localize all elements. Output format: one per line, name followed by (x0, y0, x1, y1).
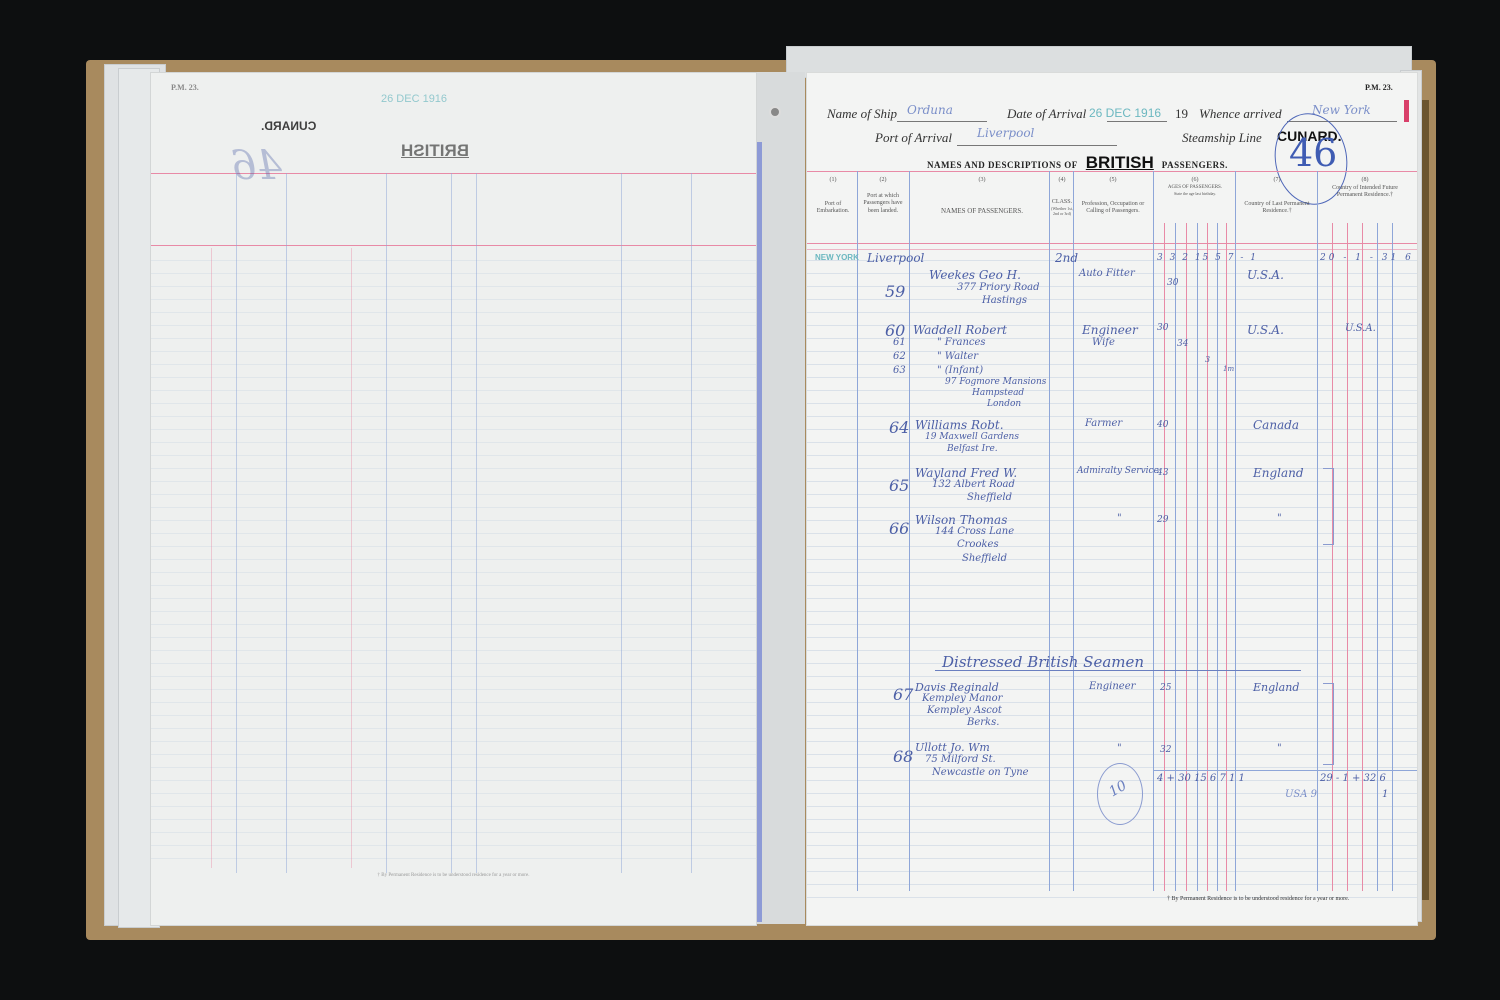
col-num: (6) (1155, 177, 1235, 185)
sheet-number: 46 (1289, 131, 1337, 175)
age-cell: 3 (1157, 253, 1165, 263)
line-number: 67 (893, 685, 913, 704)
name-of-ship-value: Orduna (907, 103, 953, 117)
line-number: 66 (889, 519, 909, 538)
age: 43 (1157, 468, 1168, 478)
occupation: Auto Fitter (1079, 268, 1135, 279)
age: 29 (1157, 515, 1168, 525)
page-title: NAMES AND DESCRIPTIONS OF BRITISH PASSEN… (927, 153, 1228, 173)
future-totals: 29 - 1 + 32 6 (1320, 773, 1386, 784)
steamship-line-label: Steamship Line (1182, 130, 1262, 146)
left-vline-pink (351, 248, 352, 868)
col-label: Port at which Passengers have been lande… (859, 193, 907, 216)
line-number: 68 (893, 747, 913, 766)
passenger-name: Wayland Fred W. (915, 466, 1017, 480)
passenger-name: Weekes Geo H. (929, 268, 1021, 282)
age-cell: 15 (1195, 253, 1210, 263)
col-label: Country of Intended Future Permanent Res… (1319, 185, 1411, 200)
name-of-ship-line (897, 121, 987, 122)
line-number: 65 (889, 476, 909, 495)
entry-row: 63 " (Infant) 1m 97 Fogmore Mansions Ham… (807, 365, 1417, 409)
age: 32 (1160, 745, 1171, 755)
occupation: Engineer (1089, 681, 1135, 692)
col-label: Port of Embarkation. (811, 201, 855, 216)
occupation: " (1117, 513, 1122, 524)
age: 30 (1157, 323, 1168, 333)
left-vline (236, 173, 237, 873)
occupation: Wife (1092, 337, 1115, 348)
occupation: Admiralty Service (1077, 466, 1159, 476)
address-line: London (987, 399, 1021, 409)
last-residence: U.S.A. (1247, 268, 1284, 282)
line-number: 63 (893, 365, 906, 376)
future-residence: U.S.A. (1345, 323, 1376, 334)
left-vline (286, 173, 287, 873)
footnote: † By Permanent Residence is to be unders… (1167, 896, 1349, 902)
age: 25 (1160, 683, 1171, 693)
col-num: (2) (859, 177, 907, 185)
occupation: " (1117, 743, 1122, 754)
form-number: P.M. 23. (1365, 83, 1393, 92)
address-line: 19 Maxwell Gardens (925, 432, 1019, 442)
occupation: Farmer (1085, 418, 1122, 429)
address-line: Hampstead (972, 388, 1024, 398)
section-underline (935, 670, 1301, 671)
line-number: 59 (885, 282, 905, 301)
left-ruling (151, 248, 756, 868)
address-line: Belfast Ire. (947, 444, 998, 454)
address-line: 377 Priory Road (957, 282, 1040, 293)
future-cell: 1 (1355, 253, 1364, 263)
age: 30 (1167, 278, 1178, 288)
title-nationality: BRITISH (1086, 153, 1154, 172)
future-cell: - (1343, 253, 1349, 263)
class-value: 2nd (1055, 251, 1078, 265)
left-form-number: P.M. 23. (171, 83, 199, 92)
col-4-header: (4)CLASS.(Whether 1st, 2nd or 3rd) (1051, 177, 1073, 216)
age-cell: 5 (1215, 253, 1223, 263)
last-residence: " (1277, 513, 1282, 524)
address-line: 132 Albert Road (932, 479, 1015, 490)
age: 3 (1205, 355, 1210, 364)
address-line: Kempley Manor (922, 693, 1002, 704)
usa-note: USA 9 (1285, 789, 1317, 800)
last-residence: Canada (1253, 418, 1299, 432)
age-totals: 4 + 30 15 6 7 1 1 (1157, 773, 1245, 784)
col-label: CLASS. (1051, 199, 1073, 207)
left-vline (451, 173, 452, 873)
passenger-name: " Frances (937, 337, 986, 348)
port-of-arrival-value: Liverpool (977, 126, 1034, 140)
totals-rule (1153, 770, 1417, 771)
col-num: (1) (811, 177, 855, 185)
passenger-name: Ullott Jo. Wm (915, 741, 990, 754)
address-line: 97 Fogmore Mansions (945, 377, 1046, 387)
entry-row: 61 " Frances Wife 34 (807, 337, 1417, 351)
left-page: P.M. 23. 26 DEC 1916 CUNARD. BRITISH 46 … (150, 72, 757, 926)
last-residence: " (1277, 743, 1282, 754)
col-num: (3) (917, 177, 1047, 185)
col-num: (4) (1051, 177, 1073, 185)
address-line: Sheffield (962, 553, 1007, 564)
header-rule-bottom2 (807, 249, 1417, 250)
passenger-name: " (Infant) (937, 365, 983, 376)
age-cell: 2 (1182, 253, 1190, 263)
left-vline (691, 173, 692, 873)
address-line: Kempley Ascot (927, 705, 1002, 716)
age-cell: 7 (1228, 253, 1236, 263)
age: 1m (1223, 365, 1234, 373)
first-row-future: 20 - 1 - 31 6 (1320, 253, 1414, 263)
address-line: Crookes (957, 539, 999, 550)
future-cell: 6 (1405, 253, 1414, 263)
passenger-name: Williams Robt. (915, 418, 1004, 432)
age-cell: 3 (1170, 253, 1178, 263)
last-residence: U.S.A. (1247, 323, 1284, 337)
address-line: Sheffield (967, 492, 1012, 503)
last-residence: England (1253, 466, 1304, 480)
col-sub: (Whether 1st, 2nd or 3rd) (1051, 206, 1073, 216)
age: 34 (1177, 339, 1188, 349)
col-num: (8) (1319, 177, 1411, 185)
port-of-arrival-label: Port of Arrival (875, 130, 952, 146)
col-5-header: (5)Profession, Occupation or Calling of … (1075, 177, 1151, 216)
binding-gutter (755, 72, 805, 924)
last-residence: England (1253, 681, 1299, 694)
col-6-header: (6)AGES OF PASSENGERS.State the age last… (1155, 177, 1235, 196)
left-title-british: BRITISH (401, 141, 469, 161)
whence-arrived-value: New York (1312, 103, 1371, 117)
date-of-arrival-label: Date of Arrival (1007, 106, 1086, 122)
col-1-header: (1)Port of Embarkation. (811, 177, 855, 216)
landed-port: Liverpool (867, 251, 924, 265)
col-3-header: (3)NAMES OF PASSENGERS. (917, 177, 1047, 215)
address-line: Hastings (982, 295, 1027, 306)
left-vline-pink (211, 248, 212, 868)
title-suffix: PASSENGERS. (1162, 160, 1228, 170)
left-sheet-number: 46 (231, 143, 282, 189)
embarkation-stamp: NEW YORK (815, 253, 859, 262)
line-number: 61 (893, 337, 906, 348)
future-residence-bracket (1323, 683, 1334, 765)
col-label: Country of Last Permanent Residence.† (1237, 201, 1317, 216)
left-date-stamp: 26 DEC 1916 (381, 93, 447, 105)
whence-arrived-label: Whence arrived (1199, 106, 1282, 122)
address-line: Newcastle on Tyne (932, 767, 1029, 778)
header-rule-bottom (807, 243, 1417, 244)
future-cell: 20 (1320, 253, 1337, 263)
entry-row: 64 Williams Robt. 19 Maxwell Gardens Bel… (807, 418, 1417, 458)
first-row-ages: 3 3 2 15 5 7 - 1 (1157, 253, 1258, 263)
title-prefix: NAMES AND DESCRIPTIONS OF (927, 160, 1078, 170)
line-number: 64 (889, 418, 909, 437)
col-label: NAMES OF PASSENGERS. (917, 207, 1047, 216)
name-of-ship-label: Name of Ship (827, 106, 897, 122)
section-heading: Distressed British Seamen (942, 653, 1144, 671)
year-prefix: 19 (1175, 106, 1188, 122)
address-line: Berks. (967, 717, 999, 728)
age-cell: 1 (1250, 253, 1258, 263)
binding-hole (769, 106, 781, 118)
col-7-header: (7)Country of Last Permanent Residence.† (1237, 177, 1317, 216)
date-stamp: 26 DEC 1916 (1089, 106, 1161, 120)
address-line: 144 Cross Lane (935, 526, 1014, 537)
red-edge-mark (1404, 100, 1409, 122)
line-number: 62 (893, 351, 906, 362)
future-cell: - (1370, 253, 1376, 263)
passenger-name: Waddell Robert (913, 323, 1007, 337)
entry-row: 62 " Walter 3 (807, 351, 1417, 365)
col-8-header: (8)Country of Intended Future Permanent … (1319, 177, 1411, 200)
left-steamship-line: CUNARD. (261, 119, 316, 133)
age: 40 (1157, 420, 1168, 430)
passenger-name: Wilson Thomas (915, 513, 1007, 527)
port-of-arrival-line (957, 145, 1117, 146)
future-cell: 31 (1382, 253, 1399, 263)
left-footnote: † By Permanent Residence is to be unders… (151, 873, 756, 878)
col-2-header: (2)Port at which Passengers have been la… (859, 177, 907, 215)
left-vline (386, 173, 387, 873)
left-vline (621, 173, 622, 873)
manifest-page: P.M. 23. 26 DEC 1916 Name of Ship Orduna… (806, 72, 1418, 926)
passenger-name: " Walter (937, 351, 978, 362)
date-of-arrival-line (1107, 121, 1167, 122)
col-label: Profession, Occupation or Calling of Pas… (1075, 201, 1151, 216)
left-vline (476, 173, 477, 873)
col-num: (7) (1237, 177, 1317, 185)
age-cell: - (1240, 253, 1245, 263)
col-num: (5) (1075, 177, 1151, 185)
header-rule-top (807, 171, 1417, 172)
col-sub: State the age last birthday. (1155, 191, 1235, 196)
usa-count: 1 (1382, 789, 1388, 800)
future-residence-bracket (1323, 468, 1334, 545)
left-rule-mid (151, 245, 756, 246)
entry-row: 59 Weekes Geo H. 377 Priory Road Hasting… (807, 268, 1417, 308)
occupation: Engineer (1082, 323, 1138, 337)
address-line: 75 Milford St. (925, 754, 996, 765)
